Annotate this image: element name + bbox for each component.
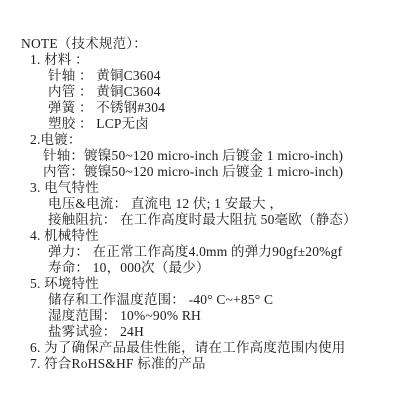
spec-line-spring-force: 弹力： 在正常工作高度4.0mm 的弹力90gf±20%gf [48,244,410,260]
spec-line-pin-material: 针轴 ： 黄铜C3604 [48,68,410,84]
spec-line-plating-header: 2.电镀： [30,132,410,148]
spec-line-temperature-range: 储存和工作温度范围： -40° C~+85° C [48,292,410,308]
spec-line-rohs-compliance: 7. 符合RoHS&HF 标准的产品 [30,356,410,372]
note-title: NOTE（技术规范）： [21,36,410,52]
spec-line-mechanical-header: 4. 机械特性 [30,228,410,244]
spec-line-tube-material: 内管 ： 黄铜C3604 [48,84,410,100]
spec-line-material-header: 1. 材料 ： [30,52,410,68]
spec-line-salt-spray-test: 盐雾试验： 24H [48,324,410,340]
spec-line-plastic-material: 塑胶 ： LCP无卤 [48,116,410,132]
spec-line-contact-resistance: 接触阻抗： 在工作高度时最大阻抗 50毫欧（静态） [48,212,410,228]
spec-line-humidity-range: 湿度范围： 10%~90% RH [48,308,410,324]
spec-line-pin-plating: 针轴：镀镍50~120 micro-inch 后镀金 1 micro-inch) [43,148,410,164]
spec-line-tube-plating: 内管：镀镍50~120 micro-inch 后镀金 1 micro-inch) [43,164,410,180]
spec-line-spring-material: 弹簧 ： 不锈钢#304 [48,100,410,116]
spec-line-voltage-current: 电压&电流： 直流电 12 伏; 1 安最大 ， [48,196,410,212]
spec-line-electrical-header: 3. 电气特性 [30,180,410,196]
spec-line-environmental-header: 5. 环境特性 [30,276,410,292]
spec-sheet-page: NOTE（技术规范）： 1. 材料 ： 针轴 ： 黄铜C3604 内管 ： 黄铜… [0,0,410,410]
spec-document: NOTE（技术规范）： 1. 材料 ： 针轴 ： 黄铜C3604 内管 ： 黄铜… [0,36,410,372]
spec-line-lifespan: 寿命： 10，000次（最少） [48,260,410,276]
spec-line-usage-note: 6. 为了确保产品最佳性能，请在工作高度范围内使用 [30,340,410,356]
